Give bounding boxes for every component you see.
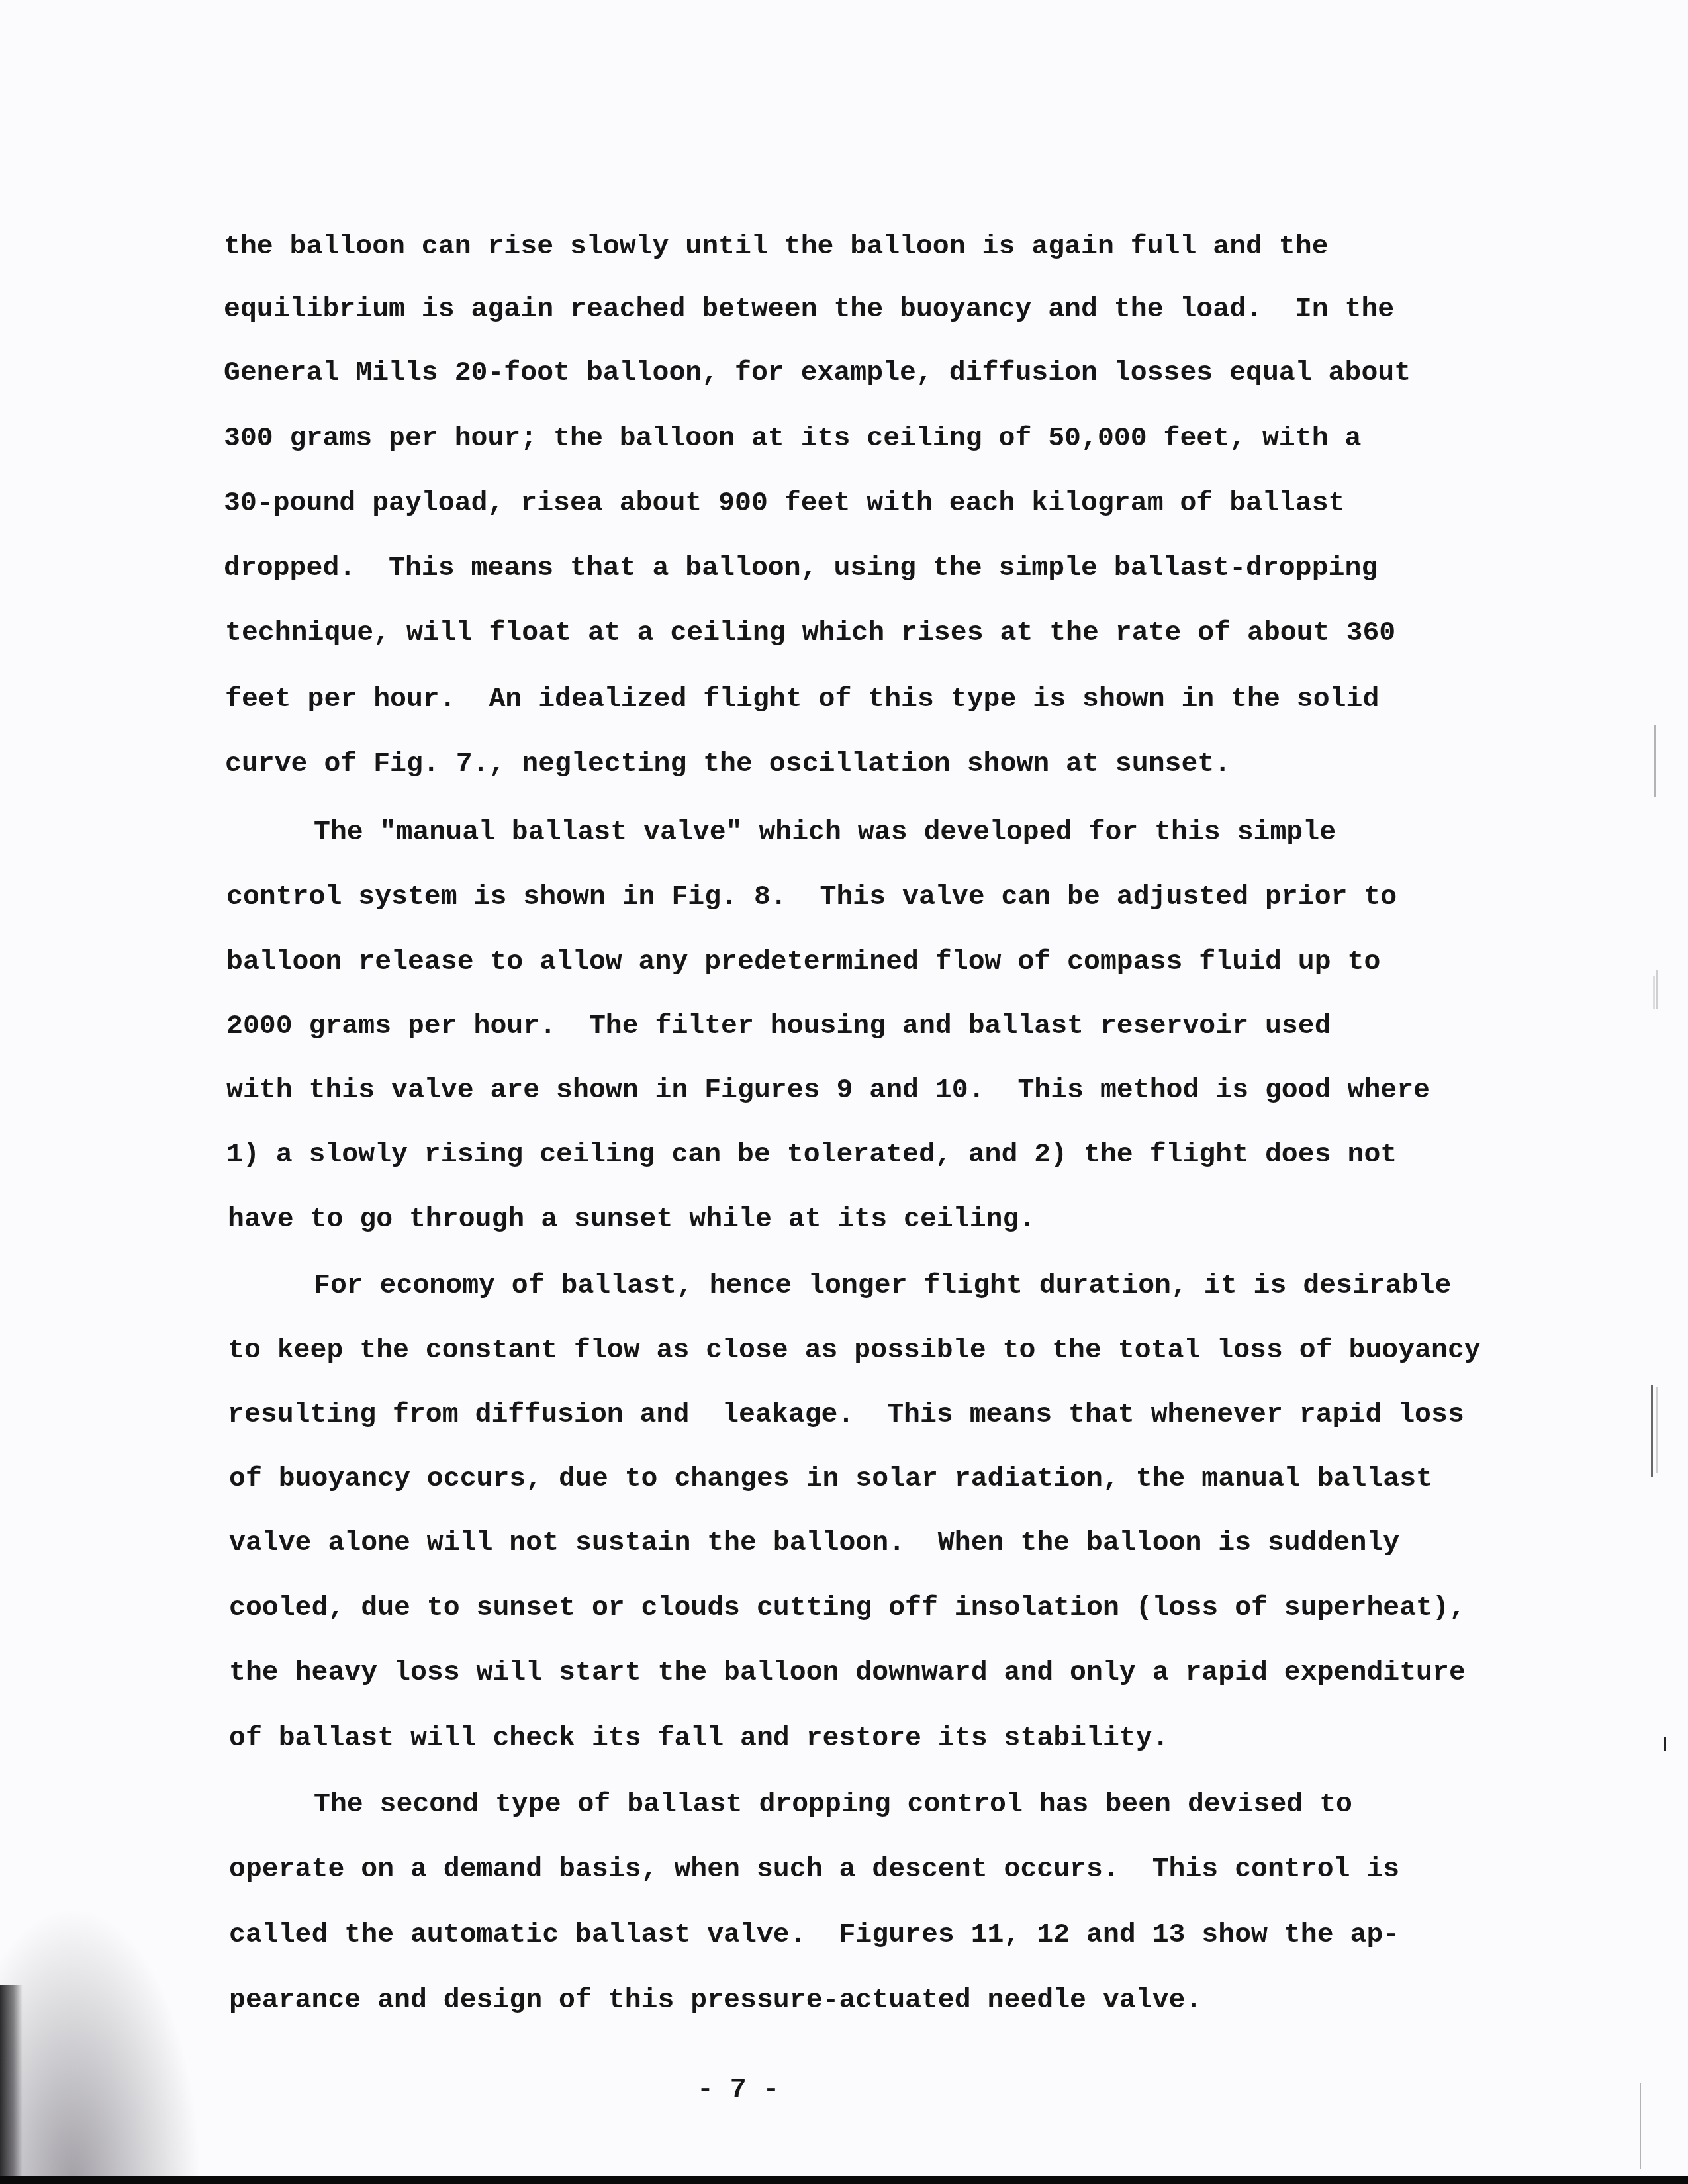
text-line: dropped. This means that a balloon, usin… — [224, 555, 1378, 582]
text-line: General Mills 20-foot balloon, for examp… — [224, 359, 1411, 387]
scan-edge-shadow — [0, 1985, 23, 2184]
text-line: operate on a demand basis, when such a d… — [229, 1856, 1399, 1884]
text-line: balloon release to allow any predetermin… — [226, 948, 1380, 976]
scan-smudge — [0, 1787, 218, 2184]
text-line: 300 grams per hour; the balloon at its c… — [224, 425, 1361, 453]
text-line: cooled, due to sunset or clouds cutting … — [229, 1594, 1466, 1622]
text-line: of ballast will check its fall and resto… — [229, 1725, 1169, 1752]
text-line: the balloon can rise slowly until the ba… — [224, 233, 1329, 261]
text-line: 2000 grams per hour. The filter housing … — [226, 1013, 1331, 1040]
scan-mark — [1651, 1385, 1653, 1477]
text-line: control system is shown in Fig. 8. This … — [226, 884, 1397, 911]
text-line: valve alone will not sustain the balloon… — [229, 1529, 1399, 1557]
text-line: resulting from diffusion and leakage. Th… — [228, 1401, 1464, 1429]
text-line: of buoyancy occurs, due to changes in so… — [229, 1465, 1432, 1493]
scan-bottom-border — [0, 2176, 1688, 2184]
text-line: The second type of ballast dropping cont… — [314, 1791, 1352, 1819]
text-line: technique, will float at a ceiling which… — [225, 619, 1395, 647]
text-line: to keep the constant flow as close as po… — [228, 1337, 1481, 1365]
text-line: For economy of ballast, hence longer fli… — [314, 1272, 1451, 1300]
text-line: curve of Fig. 7., neglecting the oscilla… — [225, 751, 1231, 778]
text-line: 1) a slowly rising ceiling can be tolera… — [226, 1141, 1397, 1169]
page-number: - 7 - — [697, 2076, 780, 2104]
scan-mark — [1640, 2083, 1641, 2169]
text-line: have to go through a sunset while at its… — [228, 1206, 1035, 1234]
scan-mark — [1656, 970, 1658, 1009]
text-line: The "manual ballast valve" which was dev… — [314, 819, 1336, 846]
text-line: the heavy loss will start the balloon do… — [229, 1659, 1466, 1687]
scan-mark — [1653, 976, 1655, 1009]
text-line: feet per hour. An idealized flight of th… — [225, 686, 1379, 713]
text-line: pearance and design of this pressure-act… — [229, 1987, 1201, 2015]
text-line: equilibrium is again reached between the… — [224, 296, 1394, 324]
scan-mark — [1664, 1737, 1666, 1751]
text-line: called the automatic ballast valve. Figu… — [229, 1921, 1399, 1949]
text-line: 30-pound payload, risea about 900 feet w… — [224, 490, 1344, 518]
document-page: the balloon can rise slowly until the ba… — [0, 0, 1688, 2184]
scan-mark — [1654, 725, 1656, 797]
text-line: with this valve are shown in Figures 9 a… — [226, 1077, 1430, 1105]
scan-mark — [1656, 1387, 1658, 1473]
